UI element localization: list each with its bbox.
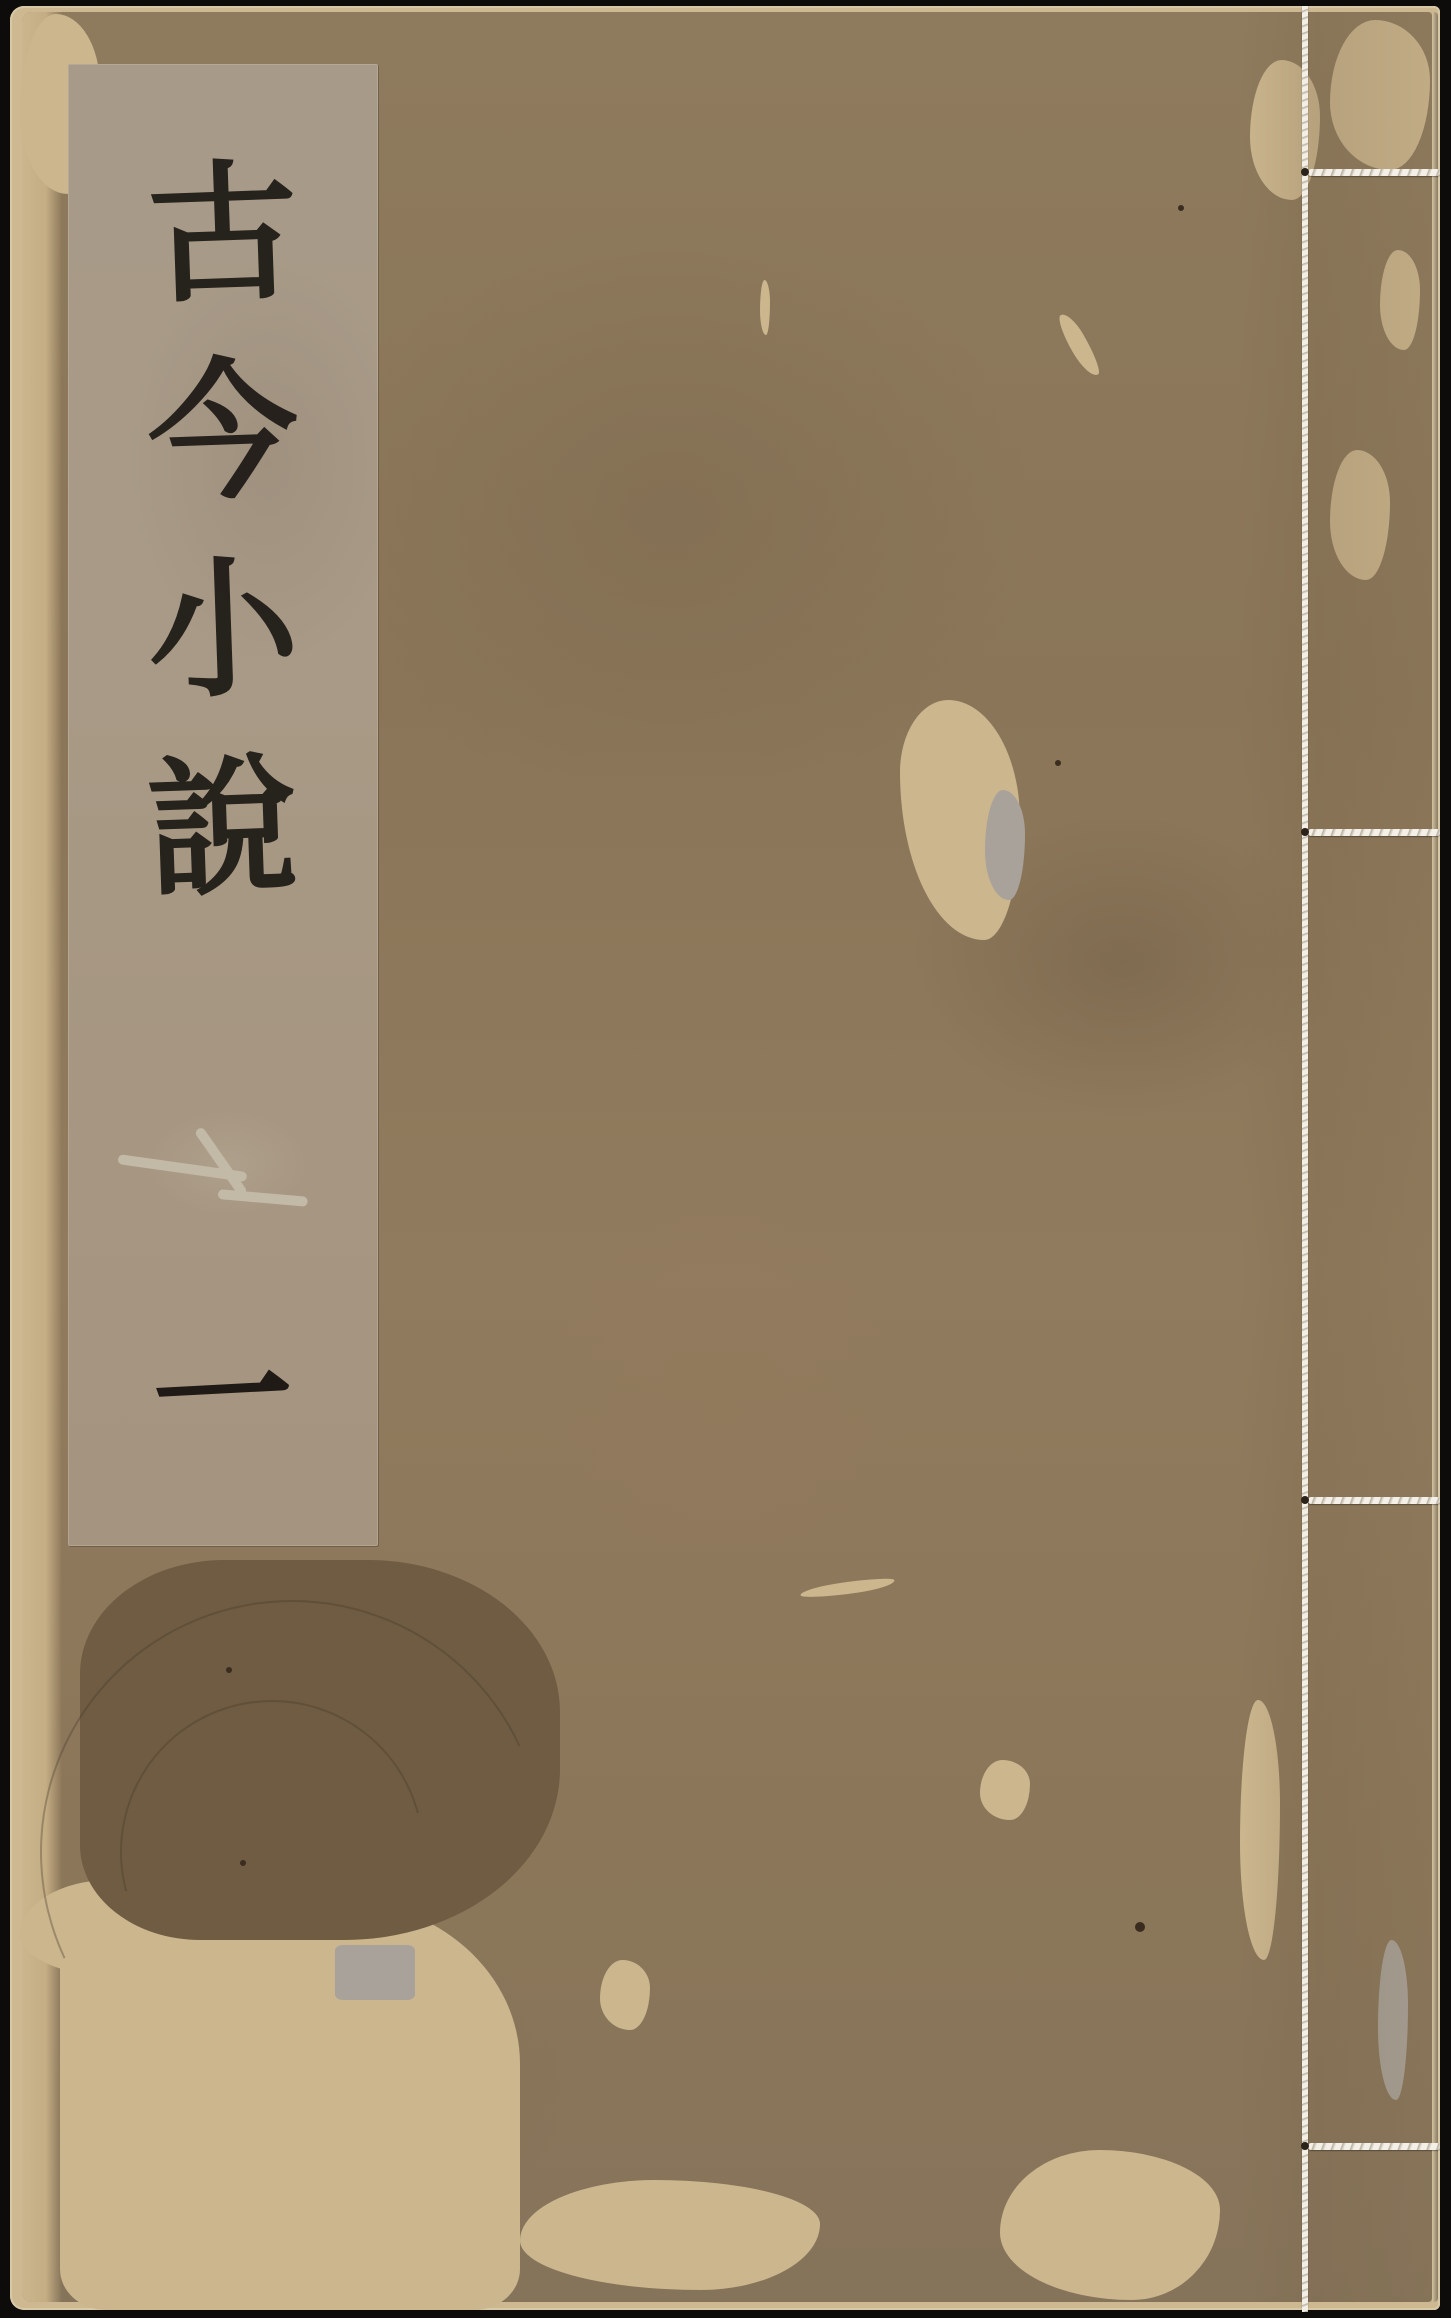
worn-patch xyxy=(760,280,770,335)
stitch-hole xyxy=(1301,1496,1309,1504)
worn-patch xyxy=(520,2180,820,2290)
speck xyxy=(1178,205,1184,211)
title-slip: 古 今 小 說 一 xyxy=(68,64,378,1546)
slip-damage xyxy=(218,1189,309,1207)
spine-edge xyxy=(1432,12,1438,2302)
title-char-2: 今 xyxy=(145,354,300,509)
binding-stitch-4 xyxy=(1308,2143,1440,2150)
stitch-hole xyxy=(1301,168,1309,176)
binding-stitch-1 xyxy=(1308,169,1440,176)
title-char-4: 說 xyxy=(145,750,300,905)
title-char-1: 古 xyxy=(145,156,300,311)
binding-stitch-2 xyxy=(1308,829,1440,836)
binding-stitch-3 xyxy=(1308,1497,1440,1504)
book-cover-photo: 古 今 小 說 一 xyxy=(0,0,1451,2318)
spine-area xyxy=(1240,12,1432,2302)
slip-damage xyxy=(194,1126,248,1197)
worn-patch xyxy=(980,1760,1030,1820)
speck xyxy=(240,1860,246,1866)
speck xyxy=(1135,1922,1145,1932)
volume-number: 一 xyxy=(66,1351,380,1447)
stitch-hole xyxy=(1301,2142,1309,2150)
title-char-3: 小 xyxy=(145,552,300,707)
binding-thread-vertical xyxy=(1302,6,1308,2312)
speck xyxy=(226,1667,232,1673)
speck xyxy=(1055,760,1061,766)
worn-patch xyxy=(985,790,1025,900)
worn-patch xyxy=(600,1960,650,2030)
title-characters: 古 今 小 說 xyxy=(68,159,378,903)
stitch-hole xyxy=(1301,828,1309,836)
worn-patch xyxy=(1000,2150,1220,2300)
